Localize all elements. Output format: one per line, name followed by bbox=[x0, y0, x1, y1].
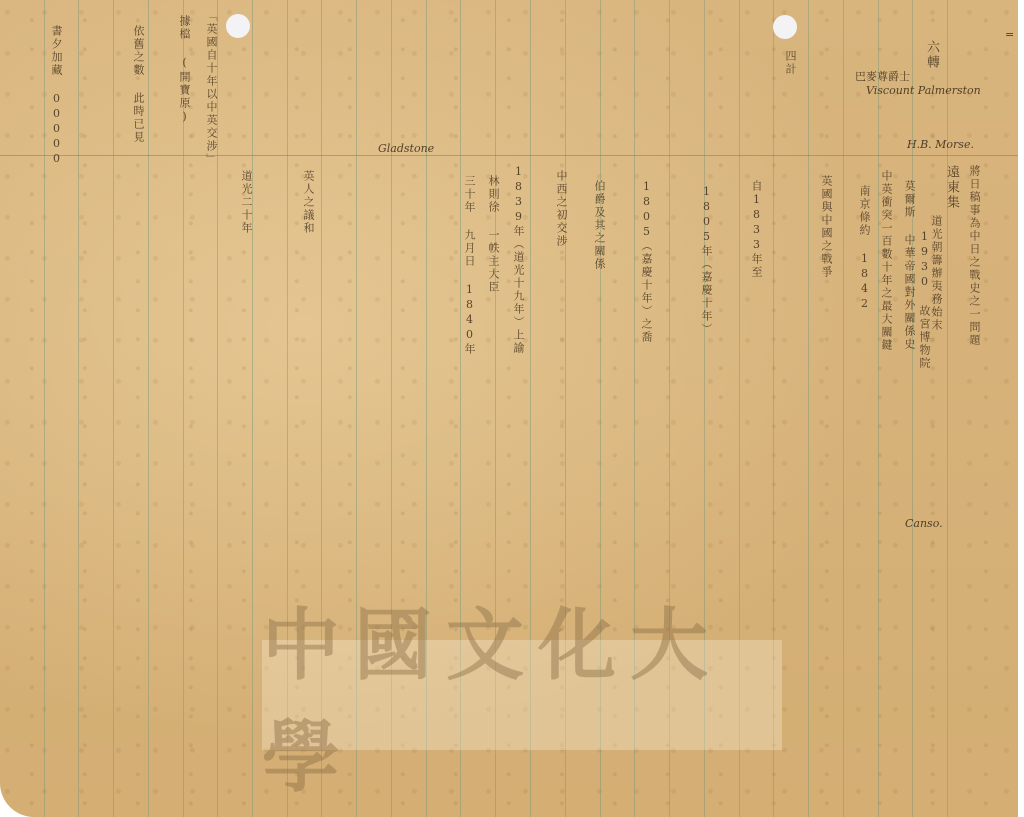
handwritten-column: 道光二十年 bbox=[240, 170, 252, 235]
punch-hole bbox=[226, 14, 250, 38]
ruled-line bbox=[113, 0, 114, 817]
side-note: 四計 bbox=[784, 50, 796, 76]
watermark: 中國文化大學 bbox=[262, 640, 782, 750]
handwritten-column: 中英衝突一百數十年之最大關鍵 bbox=[880, 170, 892, 352]
page-edge bbox=[1018, 0, 1024, 817]
handwritten-column: 道光朝籌辦夷務始末 bbox=[930, 215, 942, 332]
handwritten-column: 1839年（道光十九年）上諭 bbox=[512, 165, 524, 355]
handwritten-column: 林則徐 一帙主大臣 bbox=[487, 175, 499, 294]
handwritten-column: 「英國自十年以中英交涉」 bbox=[205, 10, 217, 166]
ruled-line bbox=[252, 0, 253, 817]
ruled-line bbox=[878, 0, 879, 817]
ruled-line bbox=[947, 0, 948, 817]
english-annotation: Canso. bbox=[905, 517, 943, 530]
handwritten-column: 三十年 九月日 1840年 bbox=[463, 175, 475, 356]
ruled-line bbox=[44, 0, 45, 817]
handwritten-column: 遠東集 bbox=[945, 165, 957, 210]
handwritten-column: 莫爾斯 中華帝國對外關係史 bbox=[903, 180, 915, 351]
ruled-line bbox=[78, 0, 79, 817]
ruled-line bbox=[808, 0, 809, 817]
handwritten-column: 自1833年至 bbox=[750, 180, 762, 279]
handwritten-column: 南京條約 1842 bbox=[858, 185, 870, 312]
handwritten-column: 1805年（嘉慶十年） bbox=[700, 185, 712, 336]
ruled-line bbox=[148, 0, 149, 817]
english-annotation: Gladstone bbox=[378, 142, 434, 155]
watermark-text: 中國文化大學 bbox=[262, 583, 782, 807]
handwritten-column: 英人之議和 bbox=[302, 170, 314, 235]
ruled-line bbox=[912, 0, 913, 817]
handwritten-column: 將日稿事為中日之戰史之一問題 bbox=[968, 165, 980, 347]
chinese-name-annotation: 巴麥尊爵士 bbox=[855, 68, 910, 84]
handwritten-column: 伯爵及其之關係 bbox=[593, 180, 605, 271]
page-mark: = bbox=[1005, 28, 1014, 41]
english-annotation: H.B. Morse. bbox=[907, 138, 974, 151]
handwritten-column: 據檔 (開寶原) bbox=[178, 15, 190, 125]
handwritten-column: 1805（嘉慶十年）之喬 bbox=[640, 180, 652, 344]
margin-line bbox=[0, 155, 1018, 156]
handwritten-column: 依舊之數 此時已見 bbox=[132, 25, 144, 144]
top-right-label: 六轉 bbox=[925, 40, 937, 70]
handwritten-column: 書夕加藏 00000 bbox=[50, 25, 62, 167]
handwritten-column: 中西之初交涉 bbox=[555, 170, 567, 248]
ruled-line bbox=[843, 0, 844, 817]
punch-hole bbox=[773, 15, 797, 39]
handwritten-column: 1930 故宮博物院 bbox=[918, 230, 930, 370]
manuscript-page: 六轉 = 四計 巴麥尊爵士 Viscount Palmerston H.B. M… bbox=[0, 0, 1018, 817]
handwritten-column: 英國與中國之戰爭 bbox=[820, 175, 832, 279]
english-annotation: Viscount Palmerston bbox=[866, 84, 981, 97]
